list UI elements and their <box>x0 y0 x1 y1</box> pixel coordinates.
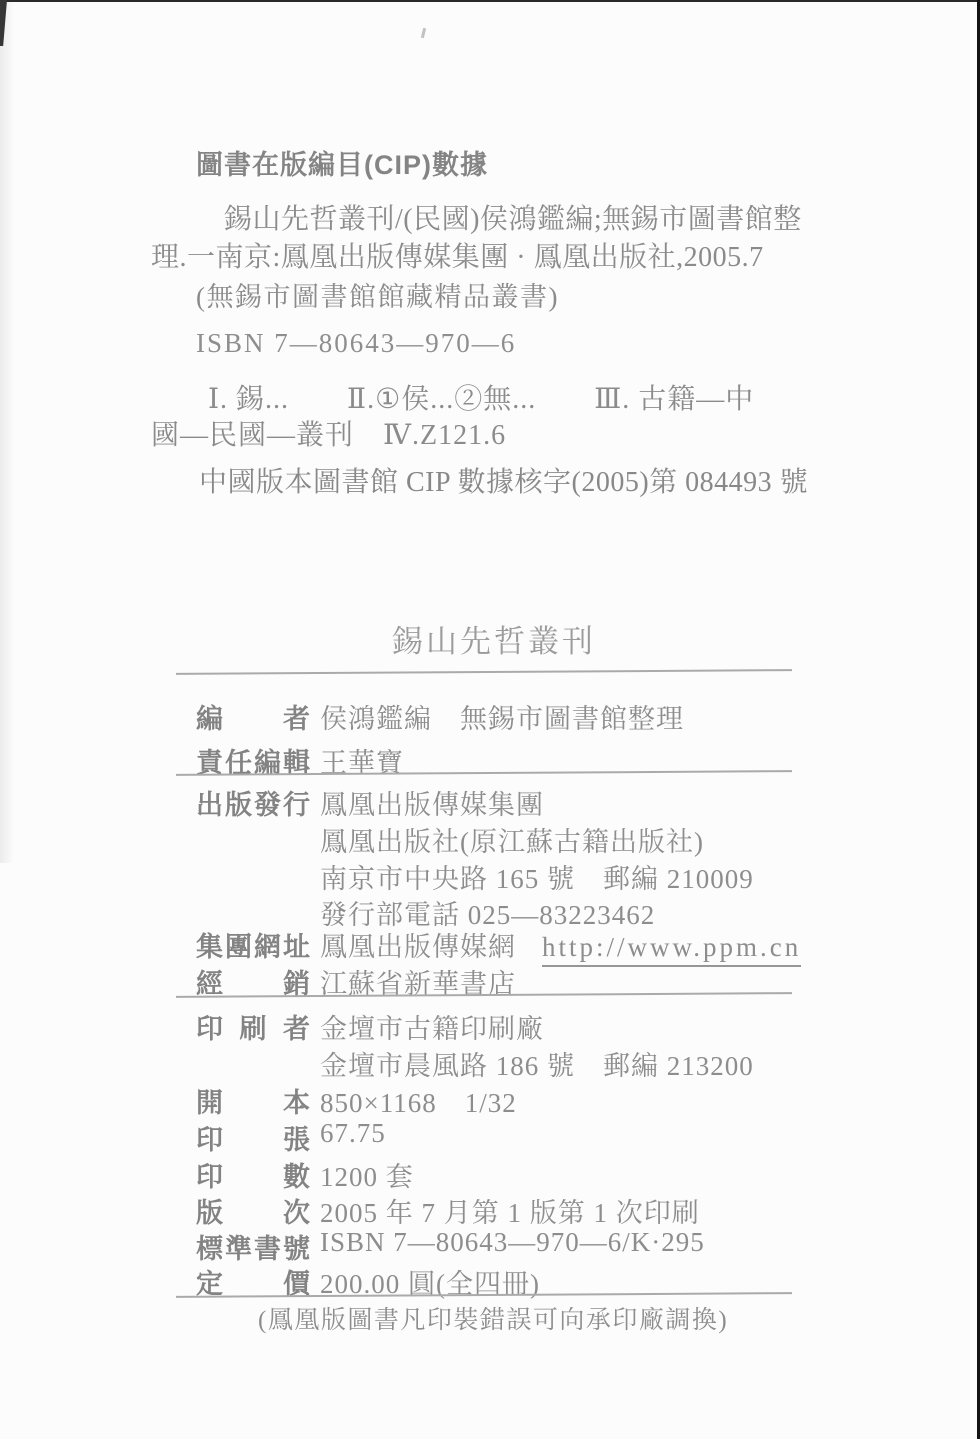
colophon-row-standard-isbn: 標準書號ISBN 7—80643—970—6/K·295 <box>196 1227 705 1261</box>
row-value: 侯鴻鑑編 無錫市圖書館整理 <box>320 697 684 736</box>
colophon-row-group-website: 集團網址鳳凰出版傳媒網http://www.ppm.cn <box>196 925 801 959</box>
colophon-row-managing-editor: 責任編輯王華寶 <box>196 741 404 775</box>
row-value: 850×1168 1/32 <box>320 1081 517 1120</box>
colophon-row-printer-address: 金壇市晨風路 186 號 郵編 213200 <box>196 1044 754 1078</box>
row-value: 金壇市晨風路 186 號 郵編 213200 <box>320 1044 754 1083</box>
colophon-row-printed-sheets: 印張67.75 <box>196 1118 386 1152</box>
row-label: 出版發行 <box>196 783 310 822</box>
colophon-row-printer: 印刷者金壇市古籍印刷廠 <box>196 1007 544 1041</box>
cip-entry-line-2: 理.一南京:鳳凰出版傳媒集團 · 鳳凰出版社,2005.7 <box>151 242 764 274</box>
cip-series-note: (無錫市圖書館館藏精品叢書) <box>196 282 559 313</box>
row-value: 金壇市古籍印刷廠 <box>320 1007 544 1046</box>
row-value: 鳳凰出版傳媒集團 <box>320 783 544 822</box>
row-label: 印數 <box>196 1155 310 1194</box>
row-value: ISBN 7—80643—970—6/K·295 <box>320 1227 705 1258</box>
row-label: 版次 <box>196 1191 310 1230</box>
divider-rule-1 <box>176 669 792 675</box>
colophon-row-publisher-line2: 鳳凰出版社(原江蘇古籍出版社) <box>196 820 704 854</box>
row-label: 印張 <box>196 1118 310 1157</box>
cip-isbn: ISBN 7—80643—970—6 <box>196 328 516 359</box>
cip-record-number: 中國版本圖書館 CIP 數據核字(2005)第 084493 號 <box>199 467 808 499</box>
row-value: 1200 套 <box>320 1155 414 1194</box>
row-label: 印刷者 <box>196 1007 310 1046</box>
colophon-row-distributor: 經銷江蘇省新華書店 <box>196 962 516 996</box>
book-title: 錫山先哲叢刊 <box>196 624 792 660</box>
row-label: 集團網址 <box>196 925 310 964</box>
row-label: 編者 <box>196 697 310 736</box>
row-label: 標準書號 <box>196 1227 310 1266</box>
colophon-row-publisher-phone: 發行部電話 025—83223462 <box>196 893 655 927</box>
row-value: 2005 年 7 月第 1 版第 1 次印刷 <box>320 1191 700 1230</box>
misprint-exchange-note: (鳳凰版圖書凡印裝錯誤可向承印廠調換) <box>258 1307 728 1336</box>
row-value: 鳳凰出版傳媒網 <box>320 925 516 964</box>
colophon-row-price: 定價200.00 圓(全四冊) <box>196 1262 540 1296</box>
row-value: 鳳凰出版社(原江蘇古籍出版社) <box>320 820 704 859</box>
cip-header: 圖書在版編目(CIP)數據 <box>196 150 488 181</box>
colophon-row-edition: 版次2005 年 7 月第 1 版第 1 次印刷 <box>196 1191 700 1225</box>
row-value: 67.75 <box>320 1118 386 1149</box>
colophon-row-print-run: 印數1200 套 <box>196 1155 414 1189</box>
row-value: 南京市中央路 165 號 郵編 210009 <box>320 857 754 896</box>
cip-class-line-1: Ⅰ. 錫... Ⅱ.①侯...②無... Ⅲ. 古籍—中 <box>208 384 754 416</box>
cip-class-line-2: 國—民國—叢刊 Ⅳ.Z121.6 <box>151 420 506 452</box>
row-label: 開本 <box>196 1081 310 1120</box>
scan-left-shading <box>0 0 14 863</box>
colophon-row-publisher-address: 南京市中央路 165 號 郵編 210009 <box>196 857 754 891</box>
colophon-row-format: 開本850×1168 1/32 <box>196 1081 517 1115</box>
website-url: http://www.ppm.cn <box>542 932 801 967</box>
scan-edge-top <box>0 0 980 2</box>
cip-entry-line-1: 錫山先哲叢刊/(民國)侯鴻鑑編;無錫市圖書館整 <box>224 204 802 236</box>
scanned-book-page: 圖書在版編目(CIP)數據 錫山先哲叢刊/(民國)侯鴻鑑編;無錫市圖書館整 理.… <box>0 0 980 1439</box>
scan-speck-artifact <box>421 28 426 38</box>
colophon-row-publisher: 出版發行鳳凰出版傳媒集團 <box>196 783 544 817</box>
colophon-row-editor: 編者侯鴻鑑編 無錫市圖書館整理 <box>196 697 684 731</box>
scan-corner-mark <box>0 0 7 46</box>
